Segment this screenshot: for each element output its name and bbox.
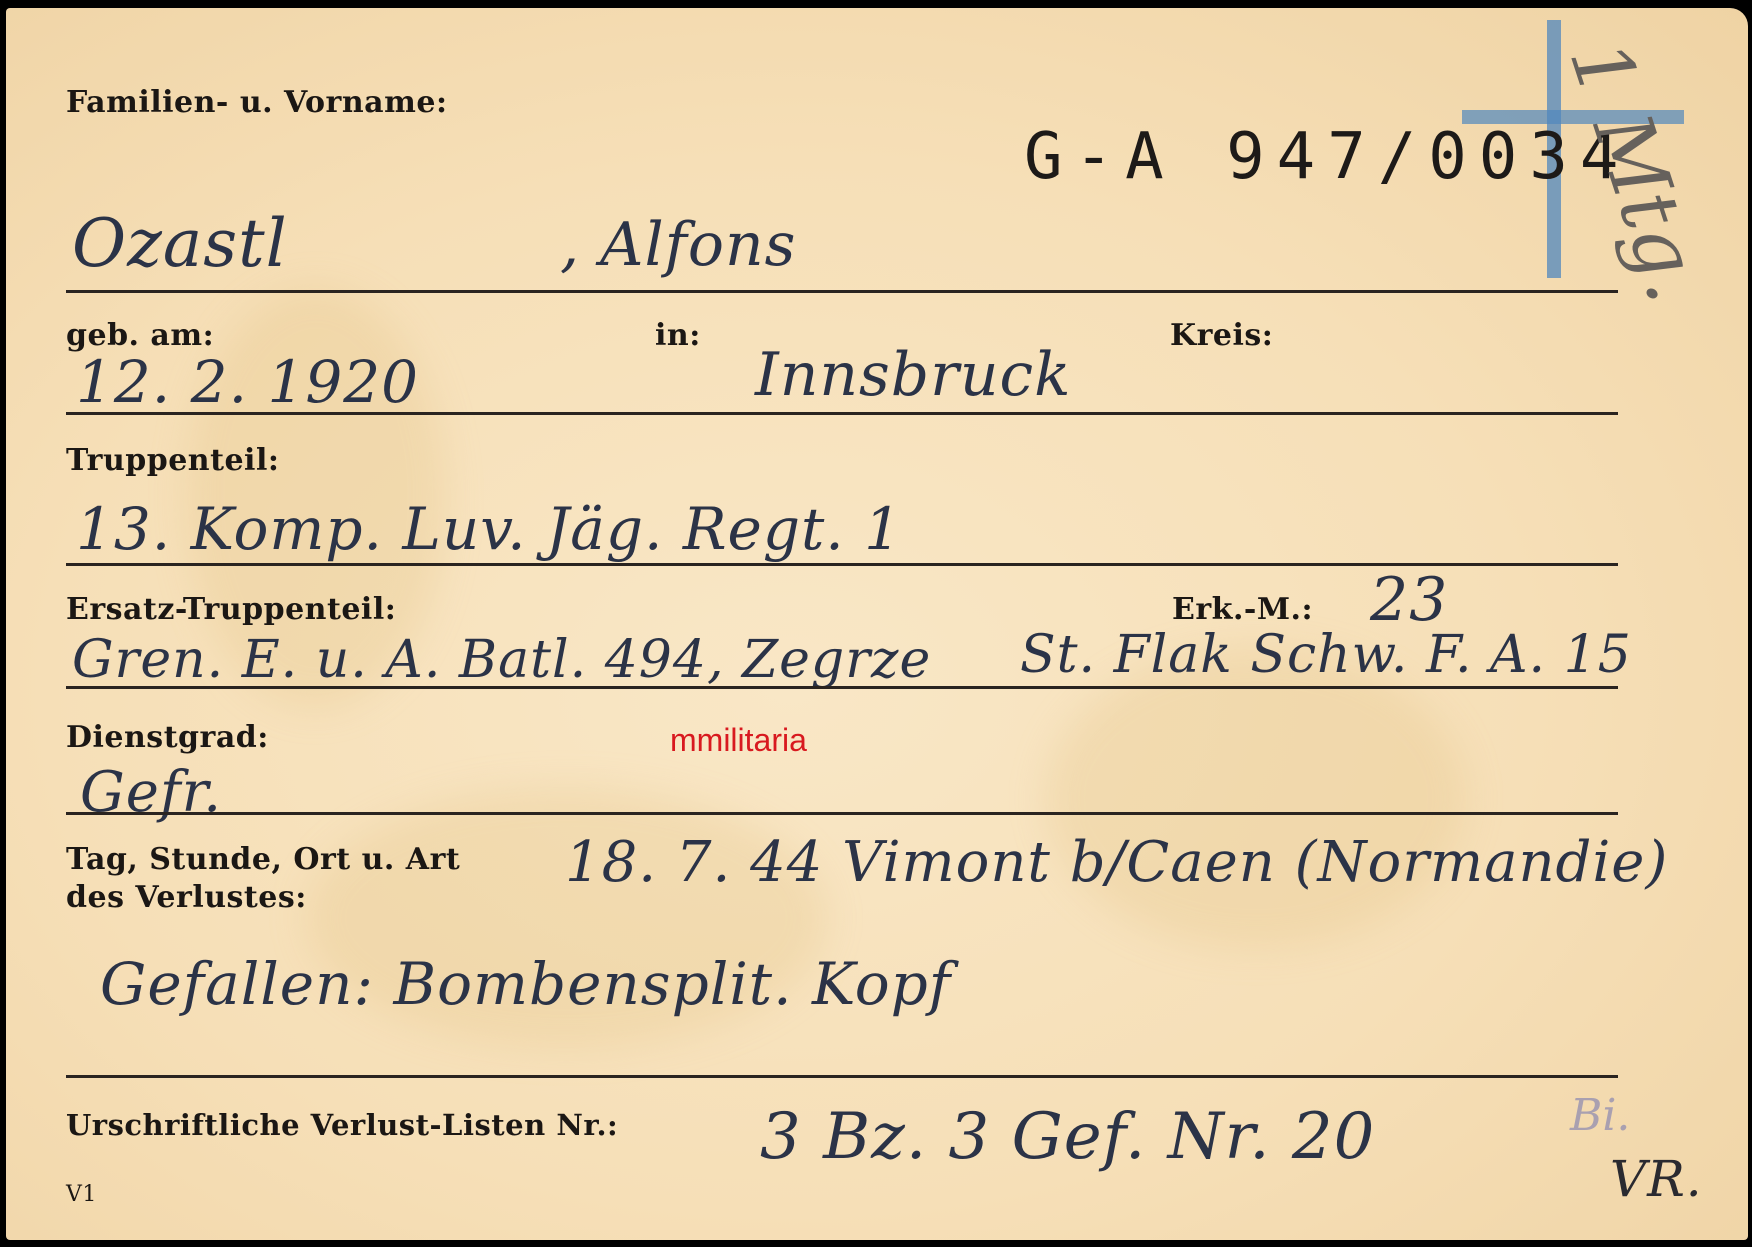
watermark: mmilitaria — [670, 722, 807, 759]
replacement-unit-value: Gren. E. u. A. Batl. 494, Zegrze — [72, 630, 931, 690]
rank-value: Gefr. — [80, 760, 222, 825]
loss-label-line2: des Verlustes: — [66, 880, 307, 915]
replacement-unit-label: Ersatz-Truppenteil: — [66, 592, 396, 627]
district-label: Kreis: — [1170, 318, 1273, 353]
loss-cause-value: Gefallen: Bombensplit. Kopf — [100, 950, 951, 1018]
rule-line — [66, 686, 1618, 689]
form-code: V1 — [66, 1182, 97, 1207]
pencil-annotation-bottom-right: Bi. — [1570, 1090, 1630, 1141]
birth-date-value: 12. 2. 1920 — [76, 348, 419, 416]
rule-line — [66, 1075, 1618, 1078]
unit-value: 13. Komp. Luv. Jäg. Regt. 1 — [76, 495, 902, 563]
given-name-value: , Alfons — [560, 210, 796, 280]
paper-stain — [1046, 648, 1466, 948]
rule-line — [66, 412, 1618, 415]
loss-list-label: Urschriftliche Verlust-Listen Nr.: — [66, 1108, 618, 1142]
loss-label-line1: Tag, Stunde, Ort u. Art — [66, 842, 460, 877]
rank-label: Dienstgrad: — [66, 720, 269, 755]
name-label: Familien- u. Vorname: — [66, 85, 448, 120]
loss-list-value: 3 Bz. 3 Gef. Nr. 20 — [760, 1100, 1375, 1174]
ink-annotation-bottom-right: VR. — [1610, 1150, 1703, 1208]
surname-value: Ozastl — [72, 205, 288, 282]
id-tag-label: Erk.-M.: — [1172, 592, 1313, 627]
birth-place-value: Innsbruck — [755, 340, 1071, 410]
rule-line — [66, 812, 1618, 815]
rule-line — [66, 290, 1618, 293]
file-number: G-A 947/0034 — [1024, 120, 1630, 194]
birth-place-label: in: — [655, 318, 701, 353]
id-tag-unit-value: St. Flak Schw. F. A. 15 — [1020, 625, 1632, 685]
unit-label: Truppenteil: — [66, 443, 279, 478]
loss-date-place-value: 18. 7. 44 Vimont b/Caen (Normandie) — [565, 830, 1668, 895]
